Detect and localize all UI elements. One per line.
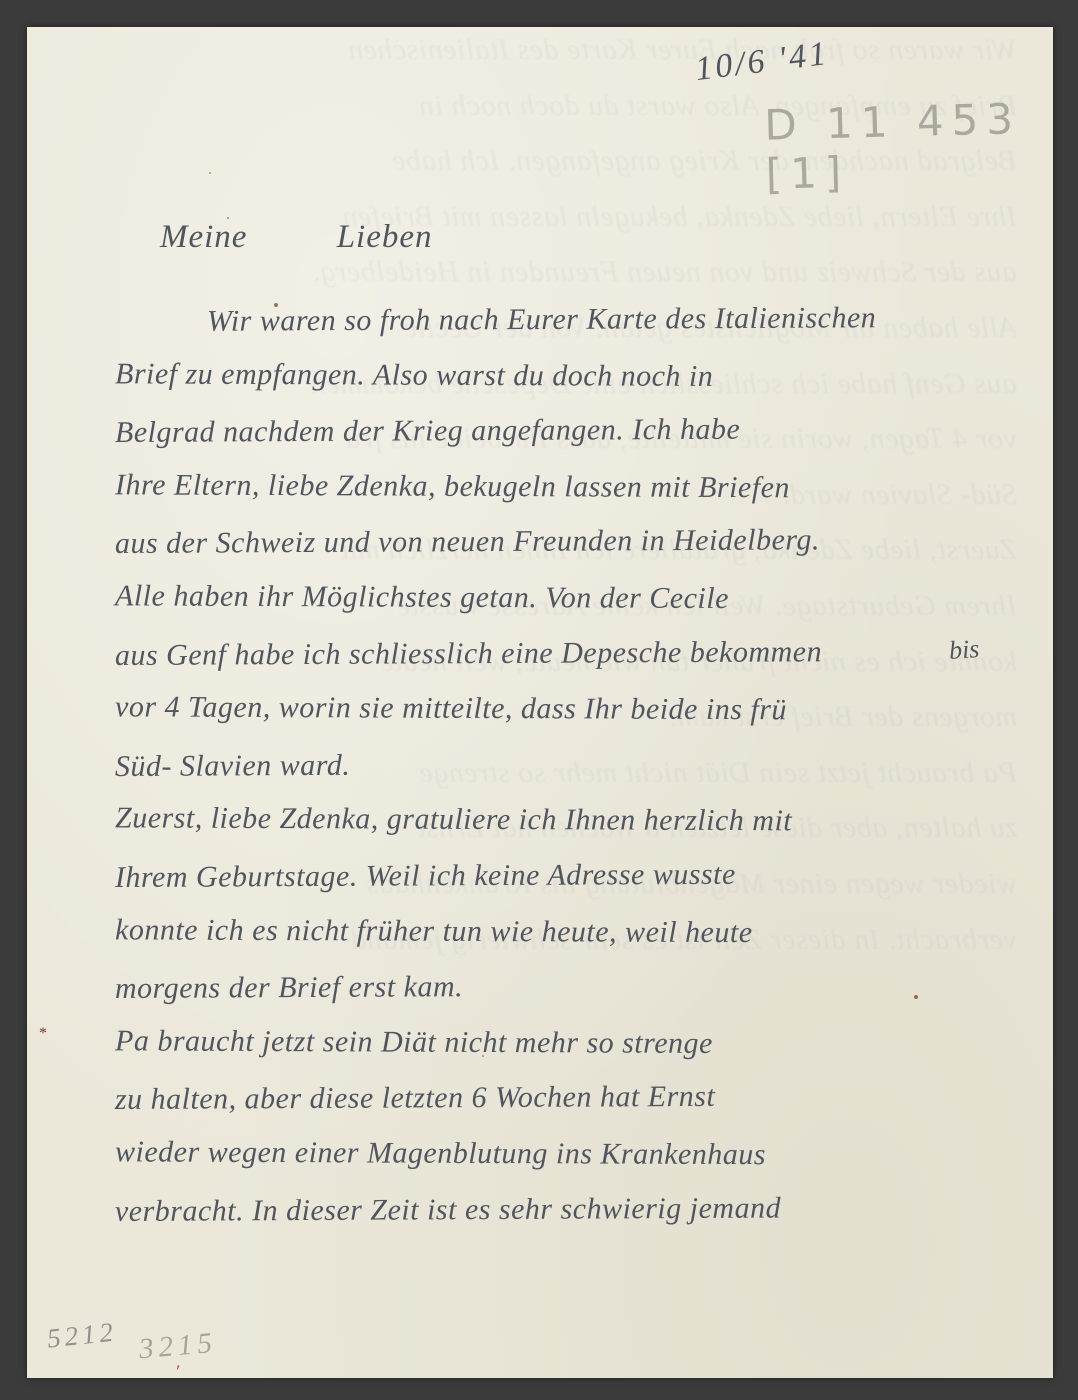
letter-date: 10/6 '41	[693, 35, 831, 89]
margin-asterisk-mark: *	[39, 1025, 47, 1043]
letter-body: Wir waren so froh nach Eurer Karte des I…	[115, 303, 876, 1248]
letter-line: morgens der Brief erst kam.	[115, 968, 877, 1028]
letter-line: zu halten, aber diese letzten 6 Wochen h…	[115, 1079, 877, 1139]
inserted-word-above-line: bis	[948, 634, 980, 666]
letter-line: Ihre Eltern, liebe Zdenka, bekugeln lass…	[115, 468, 877, 527]
letter-line: Alle haben ihr Möglichstes getan. Von de…	[115, 579, 877, 638]
letter-line: Belgrad nachdem der Krieg angefangen. Ic…	[115, 412, 877, 472]
letter-paper: Wir waren so froh nach Eurer Karte des I…	[27, 27, 1053, 1378]
letter-line: aus Genf habe ich schliesslich eine Depe…	[115, 635, 877, 695]
letter-line: Ihrem Geburtstage. Weil ich keine Adress…	[115, 857, 877, 917]
letter-line: Wir waren so froh nach Eurer Karte des I…	[207, 301, 877, 360]
letter-content: 10/6 '41 D 11 453 [1] Meine Lieben Wir w…	[27, 27, 1053, 1378]
letter-line: Süd- Slavien ward.	[115, 746, 877, 806]
letter-line: wieder wegen einer Magenblutung ins Kran…	[115, 1135, 877, 1194]
letter-line: Pa braucht jetzt sein Diät nicht mehr so…	[115, 1024, 877, 1083]
salutation: Meine Lieben	[160, 219, 433, 256]
letter-line: Zuerst, liebe Zdenka, gratuliere ich Ihn…	[115, 802, 877, 861]
letter-line: konnte ich es nicht früher tun wie heute…	[115, 913, 877, 972]
letter-line: Brief zu empfangen. Also warst du doch n…	[115, 357, 877, 416]
letter-line: verbracht. In dieser Zeit ist es sehr sc…	[115, 1191, 877, 1251]
letter-line: aus der Schweiz und von neuen Freunden i…	[115, 523, 877, 583]
bottom-pencil-number-1: 5212	[46, 1316, 119, 1354]
letter-line: vor 4 Tagen, worin sie mitteilte, dass I…	[115, 690, 877, 749]
archive-reference-number: D 11 453 [1]	[764, 93, 1054, 199]
